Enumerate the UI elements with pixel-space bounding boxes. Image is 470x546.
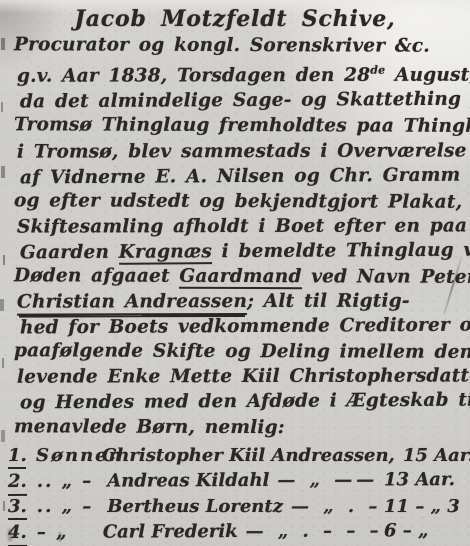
text-segment: de xyxy=(370,64,385,77)
heir-name: Andreas Kildahl xyxy=(107,469,269,493)
manuscript-line: Procurator og kongl. Sorenskriver &c. xyxy=(14,32,462,59)
heir-number: 3. xyxy=(8,495,27,521)
manuscript-title: Jacob Motzfeldt Schive, xyxy=(8,5,462,33)
text-segment: ved Navn Peter xyxy=(302,266,470,288)
text-segment: Gaarden xyxy=(20,242,119,264)
scanned-document-page: Jacob Motzfeldt Schive, Procurator og ko… xyxy=(0,0,470,546)
text-segment: paafølgende Skifte og Deling imellem den… xyxy=(14,340,470,363)
manuscript-line: g.v. Aar 1838, Torsdagen den 28de August… xyxy=(17,58,462,89)
text-segment: August, xyxy=(385,65,470,86)
manuscript-line: hed for Boets vedkommende Creditorer og … xyxy=(20,313,462,341)
heir-prefix: .. „ – xyxy=(37,470,94,494)
manuscript-line: menavlede Børn, nemlig: xyxy=(14,414,462,441)
underlined-text: Christian Andreassen xyxy=(17,291,247,316)
heir-prefix: Sønnen xyxy=(36,444,88,468)
manuscript-line: levende Enke Mette Kiil Christophersdatt… xyxy=(17,364,462,390)
text-segment: Procurator og kongl. Sorenskriver &c. xyxy=(14,34,430,56)
manuscript-line: og Hendes med den Afdøde i Ægteskab tils… xyxy=(20,388,462,416)
text-segment: Skiftesamling afholdt i Boet efter en pa… xyxy=(17,215,467,237)
manuscript-line: Christian Andreassen; Alt til Rigtig- xyxy=(17,289,462,315)
manuscript-line: Gaarden Kragnæs i bemeldte Thinglaug ved xyxy=(20,238,462,266)
heir-prefix: – „ xyxy=(37,521,89,545)
text-segment: levende Enke Mette Kiil Christophersdatt… xyxy=(17,366,470,388)
heir-number: 1. xyxy=(8,444,26,470)
text-segment: menavlede Børn, nemlig: xyxy=(14,416,285,438)
manuscript-line: da det almindelige Sage- og Skattething … xyxy=(20,87,462,115)
underlined-text: Gaardmand xyxy=(179,266,301,289)
heir-ditto-dashes: — „ . – – – xyxy=(246,520,384,544)
heir-name: Bertheus Lorentz xyxy=(107,495,283,519)
underlined-text: Kragnæs xyxy=(119,241,212,265)
text-segment: af Vidnerne E. A. Nilsen og Chr. Gramm xyxy=(20,164,460,188)
heir-age: 11 – „ 3 xyxy=(384,495,462,519)
heir-ditto-dashes: — „ . – – – xyxy=(291,495,384,519)
heir-name: Carl Frederik xyxy=(103,520,238,544)
heir-age: 13 Aar. xyxy=(384,468,462,492)
text-segment: i bemeldte Thinglaug ved xyxy=(212,239,470,262)
manuscript-line: og efter udstedt og bekjendtgjort Plakat… xyxy=(14,188,462,215)
heir-row: 1.SønnenChristopher Kiil Andreassen,15 A… xyxy=(8,444,462,470)
heir-name: Christopher Kiil Andreassen, xyxy=(102,444,395,468)
text-segment: i Tromsø, blev sammestads i Overværelse xyxy=(17,140,467,162)
heir-age: 15 Aar. xyxy=(403,444,470,468)
heir-number: 2. xyxy=(8,470,27,496)
manuscript-line: Tromsø Thinglaug fremholdtes paa Thinghu… xyxy=(14,113,462,140)
heir-prefix: .. „ – xyxy=(37,495,93,519)
heir-ditto-dashes: — „ —— xyxy=(277,469,384,493)
heir-age: 6 – „ xyxy=(384,519,462,543)
text-segment: da det almindelige Sage- og Skattething … xyxy=(20,89,470,113)
text-segment: og Hendes med den Afdøde i Ægteskab tils… xyxy=(20,390,470,414)
manuscript-line: i Tromsø, blev sammestads i Overværelse xyxy=(17,138,462,164)
manuscript-line: Døden afgaaet Gaardmand ved Navn Peter xyxy=(14,263,462,290)
heir-row: 4.– „Carl Frederik— „ . – – –6 – „ xyxy=(8,519,462,546)
heir-number: 4. xyxy=(8,521,27,546)
manuscript-line: Skiftesamling afholdt i Boet efter en pa… xyxy=(17,213,462,239)
text-segment: ; Alt til Rigtig- xyxy=(247,291,410,312)
manuscript-lines: Procurator og kongl. Sorenskriver &c.g.v… xyxy=(8,33,462,440)
manuscript-line: af Vidnerne E. A. Nilsen og Chr. Gramm xyxy=(20,162,462,190)
heir-list: 1.SønnenChristopher Kiil Andreassen,15 A… xyxy=(8,444,462,546)
manuscript-line: paafølgende Skifte og Deling imellem den… xyxy=(14,338,462,365)
text-segment: g.v. Aar 1838, Torsdagen den 28 xyxy=(17,65,370,87)
text-segment: Døden afgaaet xyxy=(14,265,179,287)
manuscript: Jacob Motzfeldt Schive, Procurator og ko… xyxy=(0,0,470,546)
text-segment: hed for Boets vedkommende Creditorer og … xyxy=(20,314,470,338)
heir-row: 2... „ –Andreas Kildahl— „ ——13 Aar. xyxy=(8,468,462,495)
heir-row: 3... „ –Bertheus Lorentz— „ . – – –11 – … xyxy=(8,495,462,521)
text-segment: og efter udstedt og bekjendtgjort Plakat… xyxy=(14,190,470,213)
text-segment: Tromsø Thinglaug fremholdtes paa Thinghu… xyxy=(14,115,470,138)
